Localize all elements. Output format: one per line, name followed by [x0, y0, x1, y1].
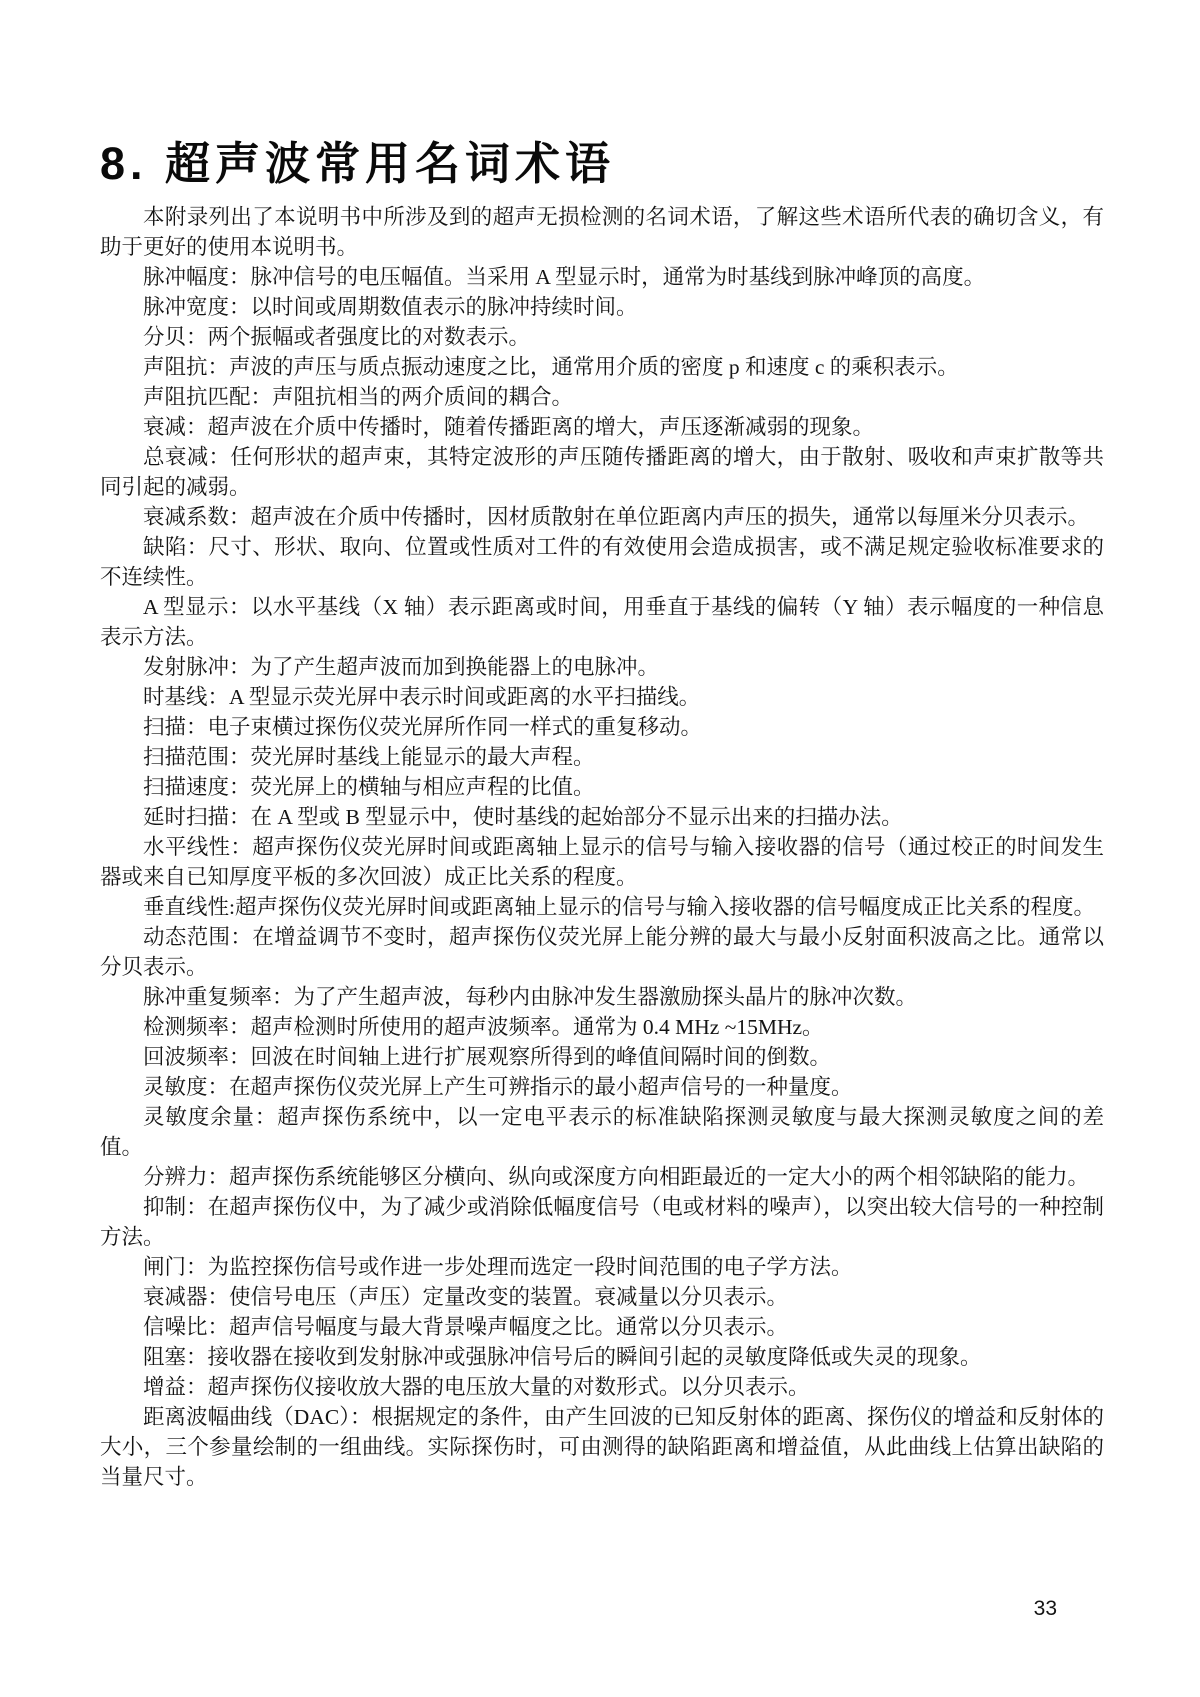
term-text: 在超声探伤仪中，为了减少或消除低幅度信号（电或材料的噪声），以突出较大信号的一种…	[100, 1195, 1104, 1249]
term-label: 扫描范围：	[143, 745, 251, 769]
term-definition: 信噪比：超声信号幅度与最大背景噪声幅度之比。通常以分贝表示。	[100, 1312, 1104, 1342]
term-label: 灵敏度：	[143, 1075, 229, 1099]
term-label: 声阻抗匹配：	[143, 385, 272, 409]
term-text: 超声波在介质中传播时，随着传播距离的增大，声压逐渐减弱的现象。	[208, 415, 875, 439]
term-label: 延时扫描：	[143, 805, 251, 829]
term-definition: 水平线性：超声探伤仪荧光屏时间或距离轴上显示的信号与输入接收器的信号（通过校正的…	[100, 832, 1104, 892]
term-definition: 时基线：A 型显示荧光屏中表示时间或距离的水平扫描线。	[100, 682, 1104, 712]
term-text: 接收器在接收到发射脉冲或强脉冲信号后的瞬间引起的灵敏度降低或失灵的现象。	[208, 1345, 982, 1369]
glossary-body: 本附录列出了本说明书中所涉及到的超声无损检测的名词术语，了解这些术语所代表的确切…	[100, 202, 1104, 1492]
term-label: 闸门：	[143, 1255, 208, 1279]
term-definition: 声阻抗：声波的声压与质点振动速度之比，通常用介质的密度 p 和速度 c 的乘积表…	[100, 352, 1104, 382]
term-definition: 检测频率：超声检测时所使用的超声波频率。通常为 0.4 MHz ~15MHz。	[100, 1012, 1104, 1042]
term-label: 声阻抗：	[143, 355, 229, 379]
term-label: 脉冲宽度：	[143, 295, 251, 319]
term-label: 距离波幅曲线（DAC）：	[143, 1405, 372, 1429]
term-text: 在 A 型或 B 型显示中，使时基线的起始部分不显示出来的扫描办法。	[251, 805, 903, 829]
term-text: 在超声探伤仪荧光屏上产生可辨指示的最小超声信号的一种量度。	[229, 1075, 853, 1099]
term-label: 垂直线性:	[143, 895, 235, 919]
term-text: 使信号电压（声压）定量改变的装置。衰减量以分贝表示。	[229, 1285, 788, 1309]
term-definition: 扫描：电子束横过探伤仪荧光屏所作同一样式的重复移动。	[100, 712, 1104, 742]
term-text: 为监控探伤信号或作进一步处理而选定一段时间范围的电子学方法。	[208, 1255, 853, 1279]
term-definition: 衰减器：使信号电压（声压）定量改变的装置。衰减量以分贝表示。	[100, 1282, 1104, 1312]
term-text: 以时间或周期数值表示的脉冲持续时间。	[251, 295, 638, 319]
term-definition: 衰减：超声波在介质中传播时，随着传播距离的增大，声压逐渐减弱的现象。	[100, 412, 1104, 442]
term-label: 扫描速度：	[143, 775, 251, 799]
term-definition: 灵敏度：在超声探伤仪荧光屏上产生可辨指示的最小超声信号的一种量度。	[100, 1072, 1104, 1102]
term-label: 信噪比：	[143, 1315, 229, 1339]
term-text: 荧光屏上的横轴与相应声程的比值。	[251, 775, 595, 799]
term-label: A 型显示：	[143, 595, 251, 619]
term-definition: 声阻抗匹配：声阻抗相当的两介质间的耦合。	[100, 382, 1104, 412]
term-label: 衰减：	[143, 415, 208, 439]
term-text: 任何形状的超声束，其特定波形的声压随传播距离的增大，由于散射、吸收和声束扩散等共…	[100, 445, 1104, 499]
term-definition: 阻塞：接收器在接收到发射脉冲或强脉冲信号后的瞬间引起的灵敏度降低或失灵的现象。	[100, 1342, 1104, 1372]
term-label: 分辨力：	[143, 1165, 229, 1189]
term-definition: 分贝：两个振幅或者强度比的对数表示。	[100, 322, 1104, 352]
term-definition: 灵敏度余量：超声探伤系统中，以一定电平表示的标准缺陷探测灵敏度与最大探测灵敏度之…	[100, 1102, 1104, 1162]
term-text: 声波的声压与质点振动速度之比，通常用介质的密度 p 和速度 c 的乘积表示。	[229, 355, 959, 379]
term-definition: 脉冲宽度：以时间或周期数值表示的脉冲持续时间。	[100, 292, 1104, 322]
term-text: 脉冲信号的电压幅值。当采用 A 型显示时，通常为时基线到脉冲峰顶的高度。	[251, 265, 986, 289]
term-text: 回波在时间轴上进行扩展观察所得到的峰值间隔时间的倒数。	[251, 1045, 832, 1069]
term-label: 灵敏度余量：	[143, 1105, 277, 1129]
term-text: 超声波在介质中传播时，因材质散射在单位距离内声压的损失，通常以每厘米分贝表示。	[251, 505, 1090, 529]
term-label: 衰减系数：	[143, 505, 251, 529]
term-definition: 抑制：在超声探伤仪中，为了减少或消除低幅度信号（电或材料的噪声），以突出较大信号…	[100, 1192, 1104, 1252]
term-text: 声阻抗相当的两介质间的耦合。	[272, 385, 573, 409]
document-page: 8. 超声波常用名词术语 本附录列出了本说明书中所涉及到的超声无损检测的名词术语…	[0, 0, 1200, 1697]
term-label: 扫描：	[143, 715, 208, 739]
term-text: A 型显示荧光屏中表示时间或距离的水平扫描线。	[229, 685, 700, 709]
term-text: 以水平基线（X 轴）表示距离或时间，用垂直于基线的偏转（Y 轴）表示幅度的一种信…	[100, 595, 1104, 649]
term-definition: 发射脉冲：为了产生超声波而加到换能器上的电脉冲。	[100, 652, 1104, 682]
term-definition: 衰减系数：超声波在介质中传播时，因材质散射在单位距离内声压的损失，通常以每厘米分…	[100, 502, 1104, 532]
term-text: 超声检测时所使用的超声波频率。通常为 0.4 MHz ~15MHz。	[251, 1015, 824, 1039]
term-label: 抑制：	[143, 1195, 208, 1219]
term-text: 荧光屏时基线上能显示的最大声程。	[251, 745, 595, 769]
term-label: 时基线：	[143, 685, 229, 709]
page-number: 33	[1034, 1597, 1057, 1621]
term-definition: 分辨力：超声探伤系统能够区分横向、纵向或深度方向相距最近的一定大小的两个相邻缺陷…	[100, 1162, 1104, 1192]
term-definition: 闸门：为监控探伤信号或作进一步处理而选定一段时间范围的电子学方法。	[100, 1252, 1104, 1282]
term-label: 阻塞：	[143, 1345, 208, 1369]
term-label: 总衰减：	[143, 445, 230, 469]
term-definition: 动态范围：在增益调节不变时，超声探伤仪荧光屏上能分辨的最大与最小反射面积波高之比…	[100, 922, 1104, 982]
term-label: 脉冲幅度：	[143, 265, 251, 289]
page-title: 8. 超声波常用名词术语	[100, 136, 1104, 192]
term-text: 超声探伤仪荧光屏时间或距离轴上显示的信号与输入接收器的信号幅度成正比关系的程度。	[235, 895, 1095, 919]
term-label: 脉冲重复频率：	[143, 985, 294, 1009]
term-definition: 扫描范围：荧光屏时基线上能显示的最大声程。	[100, 742, 1104, 772]
term-definition: 距离波幅曲线（DAC）：根据规定的条件，由产生回波的已知反射体的距离、探伤仪的增…	[100, 1402, 1104, 1492]
term-definition: 增益：超声探伤仪接收放大器的电压放大量的对数形式。以分贝表示。	[100, 1372, 1104, 1402]
term-definition: 总衰减：任何形状的超声束，其特定波形的声压随传播距离的增大，由于散射、吸收和声束…	[100, 442, 1104, 502]
term-definition: 回波频率：回波在时间轴上进行扩展观察所得到的峰值间隔时间的倒数。	[100, 1042, 1104, 1072]
term-definition: A 型显示：以水平基线（X 轴）表示距离或时间，用垂直于基线的偏转（Y 轴）表示…	[100, 592, 1104, 652]
term-definition: 延时扫描：在 A 型或 B 型显示中，使时基线的起始部分不显示出来的扫描办法。	[100, 802, 1104, 832]
term-text: 超声探伤仪接收放大器的电压放大量的对数形式。以分贝表示。	[208, 1375, 810, 1399]
term-label: 衰减器：	[143, 1285, 229, 1309]
term-label: 分贝：	[143, 325, 208, 349]
term-text: 超声信号幅度与最大背景噪声幅度之比。通常以分贝表示。	[229, 1315, 788, 1339]
term-definition: 扫描速度：荧光屏上的横轴与相应声程的比值。	[100, 772, 1104, 802]
term-text: 电子束横过探伤仪荧光屏所作同一样式的重复移动。	[208, 715, 703, 739]
term-label: 缺陷：	[143, 535, 209, 559]
term-label: 水平线性：	[143, 835, 252, 859]
term-text: 为了产生超声波，每秒内由脉冲发生器激励探头晶片的脉冲次数。	[294, 985, 918, 1009]
term-definition: 缺陷：尺寸、形状、取向、位置或性质对工件的有效使用会造成损害，或不满足规定验收标…	[100, 532, 1104, 592]
term-definition: 脉冲重复频率：为了产生超声波，每秒内由脉冲发生器激励探头晶片的脉冲次数。	[100, 982, 1104, 1012]
term-definition: 脉冲幅度：脉冲信号的电压幅值。当采用 A 型显示时，通常为时基线到脉冲峰顶的高度…	[100, 262, 1104, 292]
term-text: 尺寸、形状、取向、位置或性质对工件的有效使用会造成损害，或不满足规定验收标准要求…	[100, 535, 1104, 589]
intro-paragraph: 本附录列出了本说明书中所涉及到的超声无损检测的名词术语，了解这些术语所代表的确切…	[100, 202, 1104, 262]
term-definition: 垂直线性:超声探伤仪荧光屏时间或距离轴上显示的信号与输入接收器的信号幅度成正比关…	[100, 892, 1104, 922]
term-label: 发射脉冲：	[143, 655, 251, 679]
term-label: 检测频率：	[143, 1015, 251, 1039]
term-text: 超声探伤系统能够区分横向、纵向或深度方向相距最近的一定大小的两个相邻缺陷的能力。	[229, 1165, 1089, 1189]
term-label: 增益：	[143, 1375, 208, 1399]
term-text: 为了产生超声波而加到换能器上的电脉冲。	[251, 655, 660, 679]
term-label: 动态范围：	[143, 925, 252, 949]
term-label: 回波频率：	[143, 1045, 251, 1069]
term-text: 两个振幅或者强度比的对数表示。	[208, 325, 531, 349]
